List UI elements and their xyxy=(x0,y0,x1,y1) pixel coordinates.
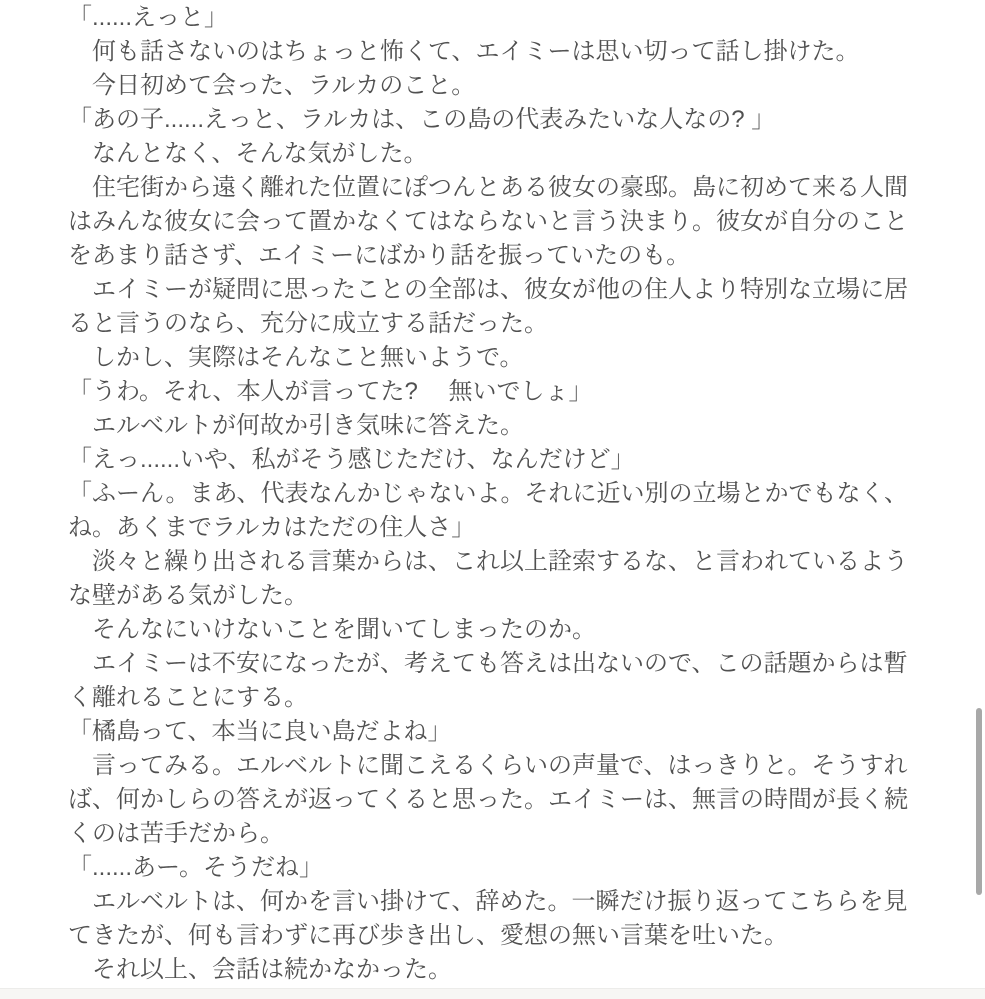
text-line: エイミーが疑問に思ったことの全部は、彼女が他の住人より特別な立場に居 xyxy=(68,273,949,307)
text-line: それ以上、会話は続かなかった。 xyxy=(68,953,949,987)
scrollbar-thumb[interactable] xyxy=(976,708,982,895)
text-line: 「えっ......いや、私がそう感じただけ、なんだけど」 xyxy=(68,443,949,477)
text-line: く離れることにする。 xyxy=(68,681,949,715)
text-line: 「あの子......えっと、ラルカは、この島の代表みたいな人なの? 」 xyxy=(68,103,949,137)
text-line: はみんな彼女に会って置かなくてはならないと言う決まり。彼女が自分のこと xyxy=(68,205,949,239)
text-line: ね。あくまでラルカはただの住人さ」 xyxy=(68,511,949,545)
text-line: エルベルトは、何かを言い掛けて、辞めた。一瞬だけ振り返ってこちらを見 xyxy=(68,885,949,919)
text-line: な壁がある気がした。 xyxy=(68,579,949,613)
text-line: なんとなく、そんな気がした。 xyxy=(68,137,949,171)
text-line: しかし、実際はそんなこと無いようで。 xyxy=(68,341,949,375)
text-line: エルベルトが何故か引き気味に答えた。 xyxy=(68,409,949,443)
text-line: 淡々と繰り出される言葉からは、これ以上詮索するな、と言われているよう xyxy=(68,545,949,579)
text-line: をあまり話さず、エイミーにばかり話を振っていたのも。 xyxy=(68,239,949,273)
text-line: 何も話さないのはちょっと怖くて、エイミーは思い切って話し掛けた。 xyxy=(68,35,949,69)
text-line: 「......えっと」 xyxy=(68,1,949,35)
text-line: 言ってみる。エルベルトに聞こえるくらいの声量で、はっきりと。そうすれ xyxy=(68,749,949,783)
text-line: てきたが、何も言わずに再び歩き出し、愛想の無い言葉を吐いた。 xyxy=(68,919,949,953)
text-line: ば、何かしらの答えが返ってくると思った。エイミーは、無言の時間が長く続 xyxy=(68,783,949,817)
reader-page: 「......えっと」 何も話さないのはちょっと怖くて、エイミーは思い切って話し… xyxy=(0,0,985,999)
text-line: 住宅街から遠く離れた位置にぽつんとある彼女の豪邸。島に初めて来る人間 xyxy=(68,171,949,205)
next-section-edge xyxy=(0,988,985,999)
text-line: 今日初めて会った、ラルカのこと。 xyxy=(68,69,949,103)
text-line: ると言うのなら、充分に成立する話だった。 xyxy=(68,307,949,341)
text-line: エイミーは不安になったが、考えても答えは出ないので、この話題からは暫 xyxy=(68,647,949,681)
text-line: そんなにいけないことを聞いてしまったのか。 xyxy=(68,613,949,647)
text-line: くのは苦手だから。 xyxy=(68,817,949,851)
novel-text[interactable]: 「......えっと」 何も話さないのはちょっと怖くて、エイミーは思い切って話し… xyxy=(68,1,949,987)
text-line: 「......あー。そうだね」 xyxy=(68,851,949,885)
text-line: 「橘島って、本当に良い島だよね」 xyxy=(68,715,949,749)
text-line: 「ふーん。まあ、代表なんかじゃないよ。それに近い別の立場とかでもなく、 xyxy=(68,477,949,511)
text-line: 「うわ。それ、本人が言ってた? 無いでしょ」 xyxy=(68,375,949,409)
